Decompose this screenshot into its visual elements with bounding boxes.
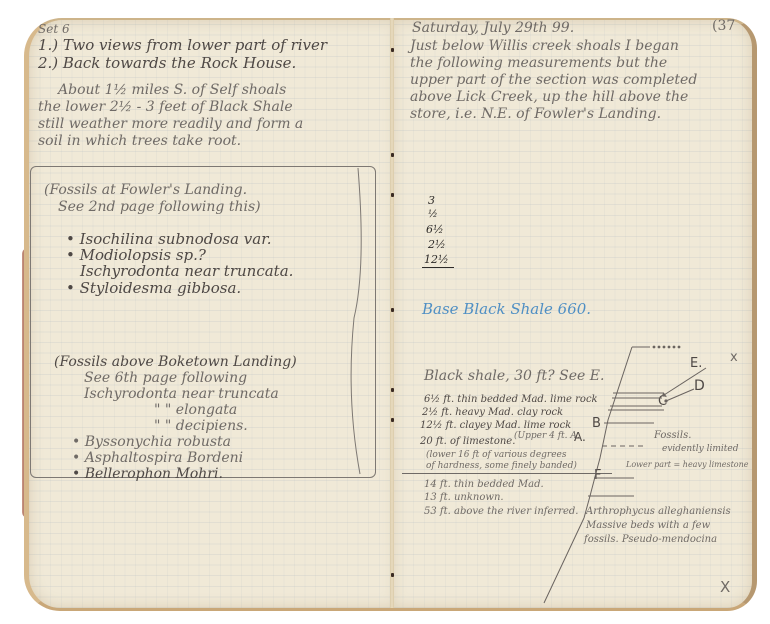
section-lines <box>14 18 758 608</box>
open-notebook: Set 6 1.) Two views from lower part of r… <box>14 18 758 608</box>
